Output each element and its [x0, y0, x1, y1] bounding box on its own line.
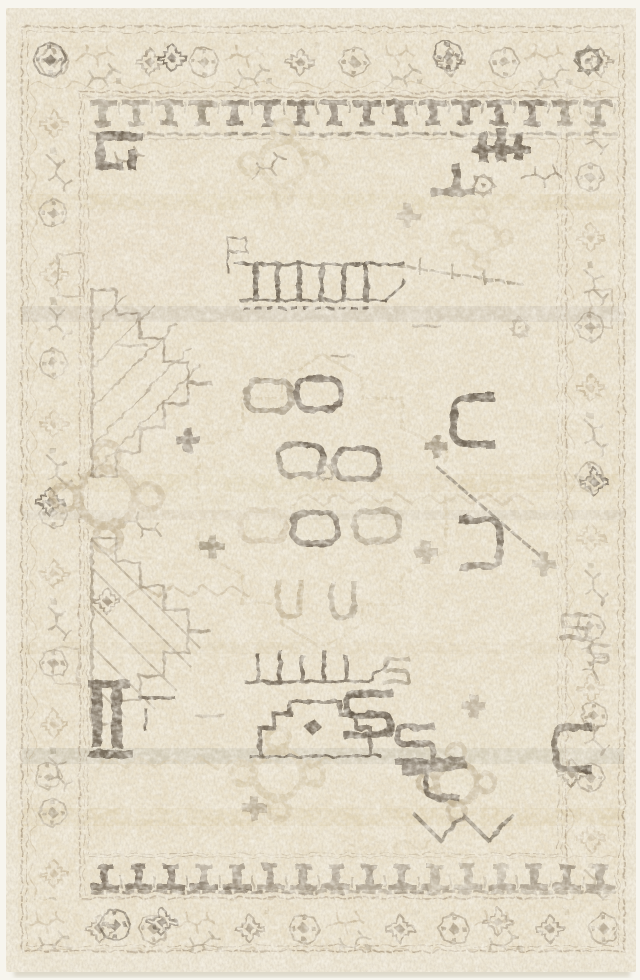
rug-product-photo: area rug product photograph [0, 0, 640, 980]
rug-image: area rug product photograph [0, 0, 640, 980]
weave-texture [6, 8, 636, 972]
rug [6, 8, 636, 972]
